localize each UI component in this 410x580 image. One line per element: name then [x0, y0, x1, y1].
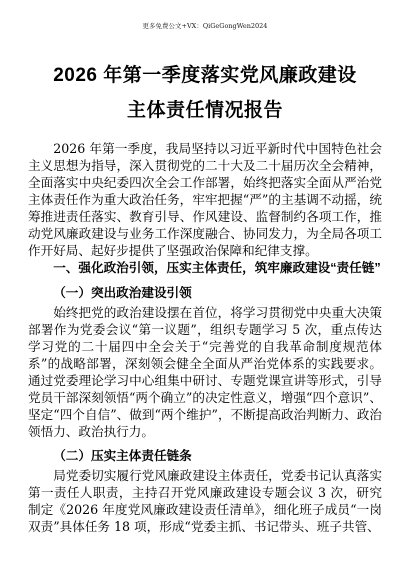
title-line-1: 2026 年第一季度落实党风廉政建设 [53, 65, 357, 86]
page-title: 2026 年第一季度落实党风廉政建设 主体责任情况报告 [28, 58, 382, 128]
body-paragraph: 局党委切实履行党风廉政建设主体责任，党委书记认真落实第一责任人职责，主持召开党风… [28, 467, 382, 535]
body-paragraph: 始终把党的政治建设摆在首位，将学习贯彻党中央重大决策部署作为党委会议“第一议题”… [28, 304, 382, 440]
document-body: 2026 年第一季度，我局坚持以习近平新时代中国特色社会主义思想为指导，深入贯彻… [28, 140, 382, 535]
section-heading: 一、强化政治引领，压实主体责任，筑牢廉政建设“责任链” [28, 260, 382, 277]
document-page: 更多免费公文+VX：QiGeGongWen2024 2026 年第一季度落实党风… [0, 0, 410, 580]
sub-heading: （一）突出政治建设引领 [28, 285, 382, 302]
body-paragraph: 2026 年第一季度，我局坚持以习近平新时代中国特色社会主义思想为指导，深入贯彻… [28, 140, 382, 259]
title-line-2: 主体责任情况报告 [127, 100, 283, 121]
sub-heading: （二）压实主体责任链条 [28, 448, 382, 465]
watermark-text: 更多免费公文+VX：QiGeGongWen2024 [28, 22, 382, 30]
